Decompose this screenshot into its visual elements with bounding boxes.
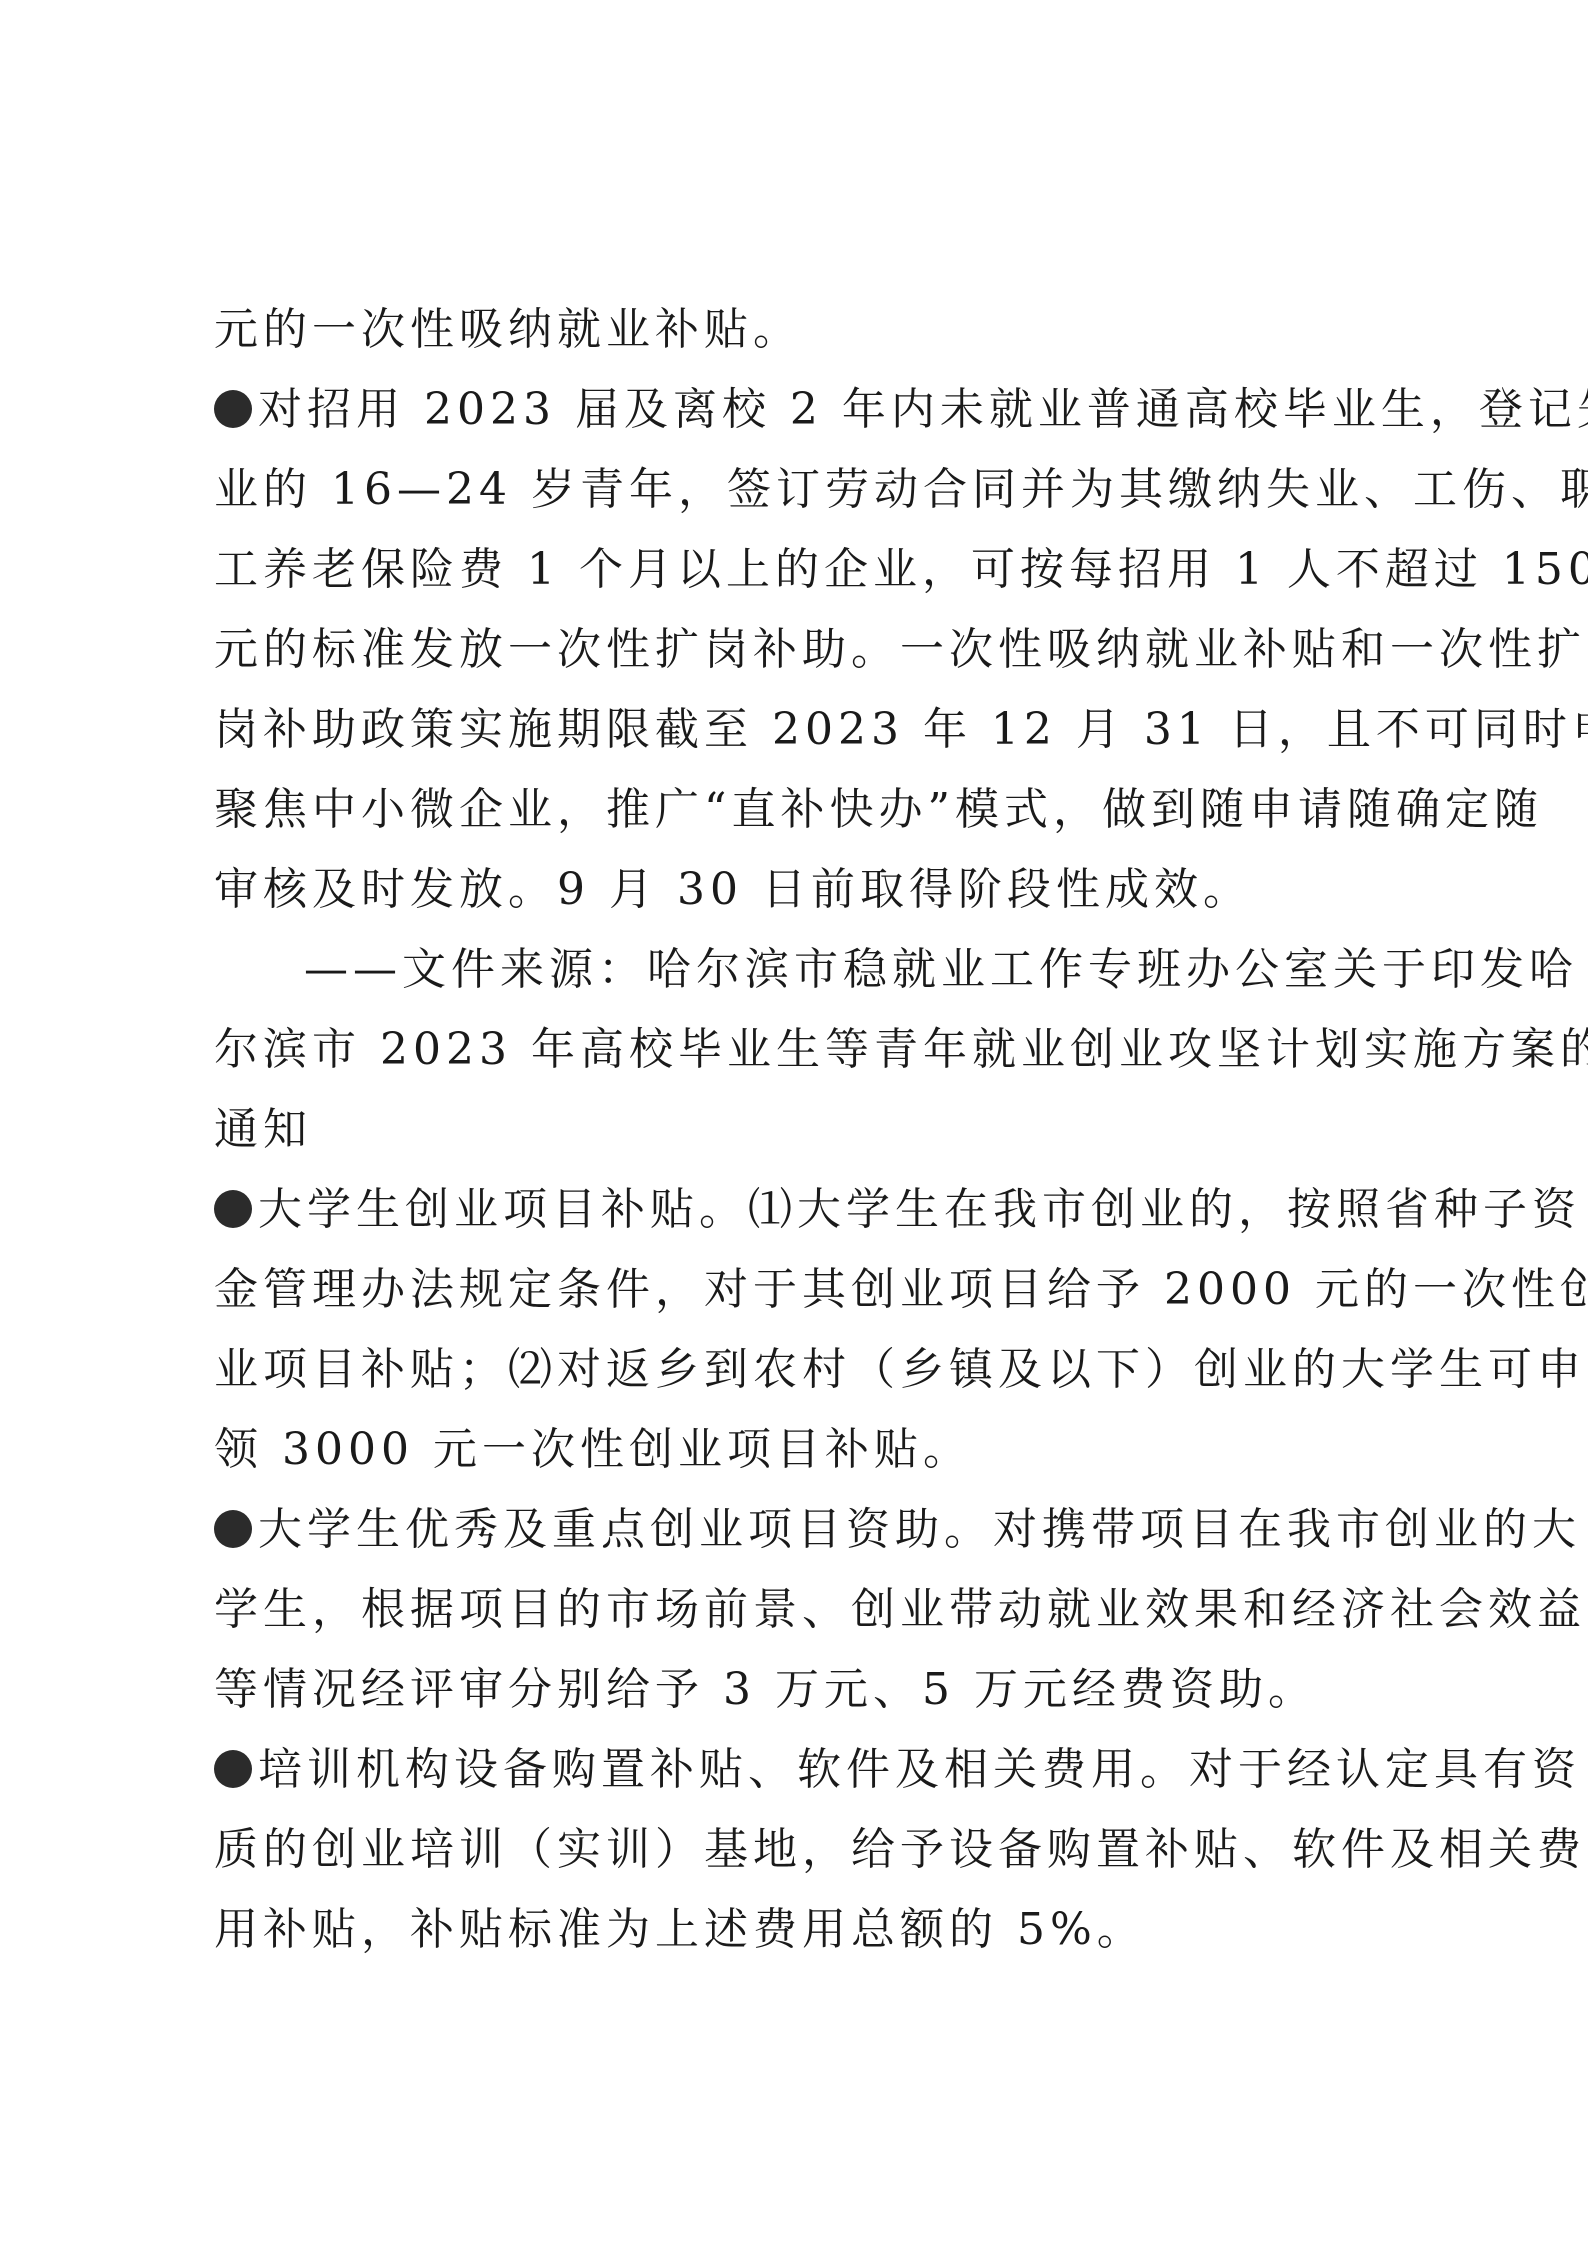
text-line: 大学生创业项目补贴。⑴大学生在我市创业的，按照省种子资 [214, 1170, 1390, 1250]
text-span: 对招用 2023 届及离校 2 年内未就业普通高校毕业生，登记失 [258, 384, 1588, 435]
document-page: 元的一次性吸纳就业补贴。 对招用 2023 届及离校 2 年内未就业普通高校毕业… [0, 0, 1588, 2245]
text-line: 元的标准发放一次性扩岗补助。一次性吸纳就业补贴和一次性扩 [214, 610, 1390, 690]
paragraph-bullet-startup-subsidy: 大学生创业项目补贴。⑴大学生在我市创业的，按照省种子资 金管理办法规定条件，对于… [214, 1170, 1390, 1490]
text-line: 业项目补贴；⑵对返乡到农村（乡镇及以下）创业的大学生可申 [214, 1330, 1390, 1410]
text-line: 通知 [214, 1090, 1390, 1170]
text-line: 等情况经评审分别给予 3 万元、5 万元经费资助。 [214, 1650, 1390, 1730]
text-line: 聚焦中小微企业，推广“直补快办”模式，做到随申请随确定随 [214, 770, 1390, 850]
text-span: 大学生优秀及重点创业项目资助。对携带项目在我市创业的大 [258, 1504, 1581, 1555]
text-line: 审核及时发放。9 月 30 日前取得阶段性成效。 [214, 850, 1390, 930]
text-span: 培训机构设备购置补贴、软件及相关费用。对于经认定具有资 [258, 1744, 1581, 1795]
text-line: 业的 16—24 岁青年，签订劳动合同并为其缴纳失业、工伤、职 [214, 450, 1390, 530]
paragraph-bullet-hiring-subsidy: 对招用 2023 届及离校 2 年内未就业普通高校毕业生，登记失 业的 16—2… [214, 370, 1390, 930]
bullet-icon [214, 390, 252, 428]
text-line: 质的创业培训（实训）基地，给予设备购置补贴、软件及相关费 [214, 1810, 1390, 1890]
text-span: ——文件来源：哈尔滨市稳就业工作专班办公室关于印发哈 [304, 944, 1578, 995]
text-line: 领 3000 元一次性创业项目补贴。 [214, 1410, 1390, 1490]
text-line: 岗补助政策实施期限截至 2023 年 12 月 31 日，且不可同时申领。 [214, 690, 1390, 770]
bullet-icon [214, 1750, 252, 1788]
paragraph-bullet-training-equipment: 培训机构设备购置补贴、软件及相关费用。对于经认定具有资 质的创业培训（实训）基地… [214, 1730, 1390, 1970]
text-line: ——文件来源：哈尔滨市稳就业工作专班办公室关于印发哈 [214, 930, 1390, 1010]
text-line: 尔滨市 2023 年高校毕业生等青年就业创业攻坚计划实施方案的 [214, 1010, 1390, 1090]
paragraph-source-citation: ——文件来源：哈尔滨市稳就业工作专班办公室关于印发哈 尔滨市 2023 年高校毕… [214, 930, 1390, 1170]
text-line: 工养老保险费 1 个月以上的企业，可按每招用 1 人不超过 1500 [214, 530, 1390, 610]
text-span: 大学生创业项目补贴。⑴大学生在我市创业的，按照省种子资 [258, 1184, 1581, 1235]
bullet-icon [214, 1190, 252, 1228]
text-line: 元的一次性吸纳就业补贴。 [214, 290, 1390, 370]
text-line: 学生，根据项目的市场前景、创业带动就业效果和经济社会效益 [214, 1570, 1390, 1650]
text-line: 金管理办法规定条件，对于其创业项目给予 2000 元的一次性创 [214, 1250, 1390, 1330]
text-line: 用补贴，补贴标准为上述费用总额的 5%。 [214, 1890, 1390, 1970]
text-line: 大学生优秀及重点创业项目资助。对携带项目在我市创业的大 [214, 1490, 1390, 1570]
document-body: 元的一次性吸纳就业补贴。 对招用 2023 届及离校 2 年内未就业普通高校毕业… [214, 290, 1390, 1970]
text-line: 对招用 2023 届及离校 2 年内未就业普通高校毕业生，登记失 [214, 370, 1390, 450]
bullet-icon [214, 1510, 252, 1548]
paragraph-bullet-key-project-funding: 大学生优秀及重点创业项目资助。对携带项目在我市创业的大 学生，根据项目的市场前景… [214, 1490, 1390, 1730]
paragraph-continuation: 元的一次性吸纳就业补贴。 [214, 290, 1390, 370]
text-line: 培训机构设备购置补贴、软件及相关费用。对于经认定具有资 [214, 1730, 1390, 1810]
